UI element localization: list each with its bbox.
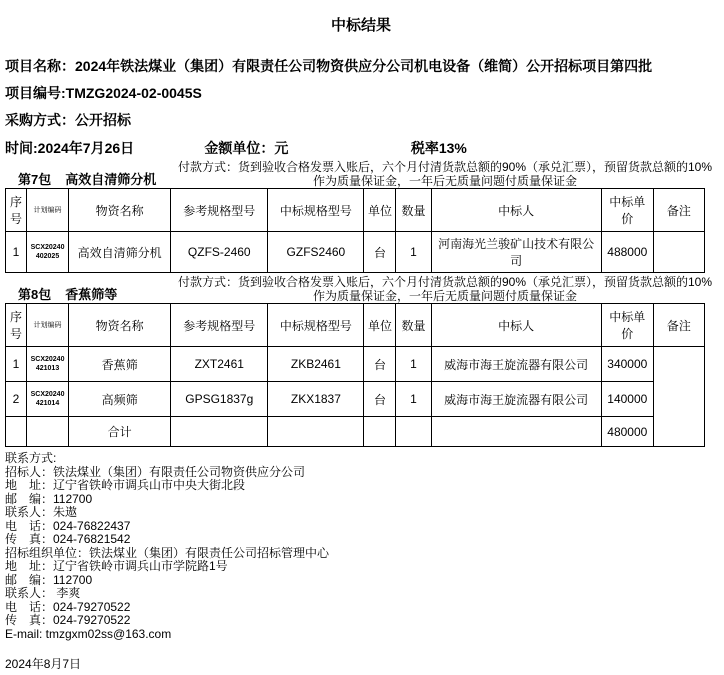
- header-cell-plan-code: 计划编码: [27, 189, 69, 232]
- package-2-name: 香蕉筛等: [65, 287, 117, 302]
- header-cell-qty: 数量: [396, 304, 431, 347]
- header-cell-unit: 单位: [364, 189, 396, 232]
- header-cell-ref-model: 参考规格型号: [171, 189, 268, 232]
- cell-ref-model: ZXT2461: [171, 347, 268, 382]
- header-cell-unit: 单位: [364, 304, 396, 347]
- cell-remark-merged: [653, 347, 704, 447]
- cell-win-model: ZKX1837: [268, 382, 364, 417]
- tax-rate: 税率13%: [411, 138, 717, 158]
- cell-total-label: 合计: [69, 417, 171, 447]
- cell-qty: [396, 417, 431, 447]
- cell-win-model: ZKB2461: [268, 347, 364, 382]
- cell-unit: 台: [364, 382, 396, 417]
- contact-fax-1: 传 真：024-76821542: [5, 533, 717, 547]
- header-cell-plan-code: 计划编码: [27, 304, 69, 347]
- header-cell-remark: 备注: [653, 189, 704, 232]
- header-cell-ref-model: 参考规格型号: [171, 304, 268, 347]
- contact-section: 联系方式: 招标人：铁法煤业（集团）有限责任公司物资供应分公司 地 址：辽宁省铁…: [5, 452, 717, 641]
- table-row: 1 SCX20240421013 香蕉筛 ZXT2461 ZKB2461 台 1…: [6, 347, 705, 382]
- cell-ref-model: QZFS-2460: [171, 232, 268, 273]
- cell-plan-code: SCX20240421013: [27, 347, 69, 382]
- header-cell-material: 物资名称: [69, 189, 171, 232]
- cell-no: 1: [6, 347, 27, 382]
- cell-price: 140000: [601, 382, 653, 417]
- contact-email: E-mail: tmzgxm02ss@163.com: [5, 628, 717, 642]
- package-1-title: 第7包高效自清筛分机: [5, 169, 173, 188]
- amount-unit: 金额单位：元: [204, 138, 410, 158]
- contact-address-2: 地 址：辽宁省铁岭市调兵山市学院路1号: [5, 560, 717, 574]
- package-2-label: 第8包: [18, 287, 51, 302]
- contact-zip-1: 邮 编：112700: [5, 493, 717, 507]
- cell-price: 488000: [601, 232, 653, 273]
- cell-ref-model: GPSG1837g: [171, 382, 268, 417]
- cell-win-model: [268, 417, 364, 447]
- procurement-method-line: 采购方式：公开招标: [5, 111, 717, 130]
- table-row: 1 SCX20240402025 高效自清筛分机 QZFS-2460 GZFS2…: [6, 232, 705, 273]
- meta-row: 时间:2024年7月26日 金额单位：元 税率13%: [5, 138, 717, 158]
- header-cell-win-model: 中标规格型号: [268, 189, 364, 232]
- contact-person-2: 联系人： 李爽: [5, 587, 717, 601]
- contact-heading: 联系方式:: [5, 452, 717, 466]
- package-2-title: 第8包香蕉筛等: [5, 284, 173, 303]
- header-cell-winner: 中标人: [431, 189, 601, 232]
- cell-winner: [431, 417, 601, 447]
- header-cell-no: 序号: [6, 304, 27, 347]
- cell-plan-code: SCX20240421014: [27, 382, 69, 417]
- contact-address-1: 地 址：辽宁省铁岭市调兵山市中央大街北段: [5, 479, 717, 493]
- contact-fax-2: 传 真：024-79270522: [5, 614, 717, 628]
- table-total-row: 合计 480000: [6, 417, 705, 447]
- cell-unit: [364, 417, 396, 447]
- header-cell-price: 中标单价: [601, 189, 653, 232]
- cell-plan-code: [27, 417, 69, 447]
- cell-winner: 威海市海王旋流器有限公司: [431, 382, 601, 417]
- cell-material: 高频筛: [69, 382, 171, 417]
- cell-qty: 1: [396, 232, 431, 273]
- contact-phone-1: 电 话：024-76822437: [5, 520, 717, 534]
- project-code-line: 项目编号:TMZG2024-02-0045S: [5, 84, 717, 103]
- contact-zip-2: 邮 编：112700: [5, 574, 717, 588]
- header-cell-win-model: 中标规格型号: [268, 304, 364, 347]
- package-1-label: 第7包: [18, 172, 51, 187]
- cell-winner: 威海市海王旋流器有限公司: [431, 347, 601, 382]
- header-cell-remark: 备注: [653, 304, 704, 347]
- bid-time: 时间:2024年7月26日: [5, 138, 204, 158]
- contact-phone-2: 电 话：024-79270522: [5, 601, 717, 615]
- header-cell-material: 物资名称: [69, 304, 171, 347]
- cell-no: 2: [6, 382, 27, 417]
- package-1-table: 序号 计划编码 物资名称 参考规格型号 中标规格型号 单位 数量 中标人 中标单…: [5, 188, 705, 273]
- cell-no: 1: [6, 232, 27, 273]
- bid-result-document: 中标结果 项目名称：2024年铁法煤业（集团）有限责任公司物资供应分公司机电设备…: [0, 0, 724, 672]
- header-cell-no: 序号: [6, 189, 27, 232]
- header-cell-qty: 数量: [396, 189, 431, 232]
- package-1-name: 高效自清筛分机: [65, 172, 156, 187]
- header-cell-winner: 中标人: [431, 304, 601, 347]
- table-header-row: 序号 计划编码 物资名称 参考规格型号 中标规格型号 单位 数量 中标人 中标单…: [6, 189, 705, 232]
- cell-unit: 台: [364, 347, 396, 382]
- cell-material: 香蕉筛: [69, 347, 171, 382]
- cell-win-model: GZFS2460: [268, 232, 364, 273]
- package-2-table: 序号 计划编码 物资名称 参考规格型号 中标规格型号 单位 数量 中标人 中标单…: [5, 303, 705, 447]
- page-title: 中标结果: [5, 14, 717, 35]
- cell-price: 340000: [601, 347, 653, 382]
- table-row: 2 SCX20240421014 高频筛 GPSG1837g ZKX1837 台…: [6, 382, 705, 417]
- package-2-header: 第8包香蕉筛等 付款方式：货到验收合格发票入账后，六个月付清货款总额的90%（承…: [5, 275, 717, 303]
- cell-material: 高效自清筛分机: [69, 232, 171, 273]
- contact-bidder: 招标人：铁法煤业（集团）有限责任公司物资供应分公司: [5, 466, 717, 480]
- cell-plan-code: SCX20240402025: [27, 232, 69, 273]
- document-date: 2024年8月7日: [5, 655, 717, 672]
- contact-person-1: 联系人：朱遨: [5, 506, 717, 520]
- cell-qty: 1: [396, 347, 431, 382]
- cell-total-price: 480000: [601, 417, 653, 447]
- package-2-payment-terms: 付款方式：货到验收合格发票入账后，六个月付清货款总额的90%（承兑汇票），预留货…: [173, 275, 717, 303]
- project-name-line: 项目名称：2024年铁法煤业（集团）有限责任公司物资供应分公司机电设备（维简）公…: [5, 57, 717, 76]
- cell-qty: 1: [396, 382, 431, 417]
- cell-unit: 台: [364, 232, 396, 273]
- contact-organizer: 招标组织单位：铁法煤业（集团）有限责任公司招标管理中心: [5, 547, 717, 561]
- package-1-payment-terms: 付款方式：货到验收合格发票入账后，六个月付清货款总额的90%（承兑汇票），预留货…: [173, 160, 717, 188]
- cell-ref-model: [171, 417, 268, 447]
- cell-no: [6, 417, 27, 447]
- cell-winner: 河南海光兰骏矿山技术有限公司: [431, 232, 601, 273]
- cell-remark: [653, 232, 704, 273]
- header-cell-price: 中标单价: [601, 304, 653, 347]
- package-1-header: 第7包高效自清筛分机 付款方式：货到验收合格发票入账后，六个月付清货款总额的90…: [5, 160, 717, 188]
- table-header-row: 序号 计划编码 物资名称 参考规格型号 中标规格型号 单位 数量 中标人 中标单…: [6, 304, 705, 347]
